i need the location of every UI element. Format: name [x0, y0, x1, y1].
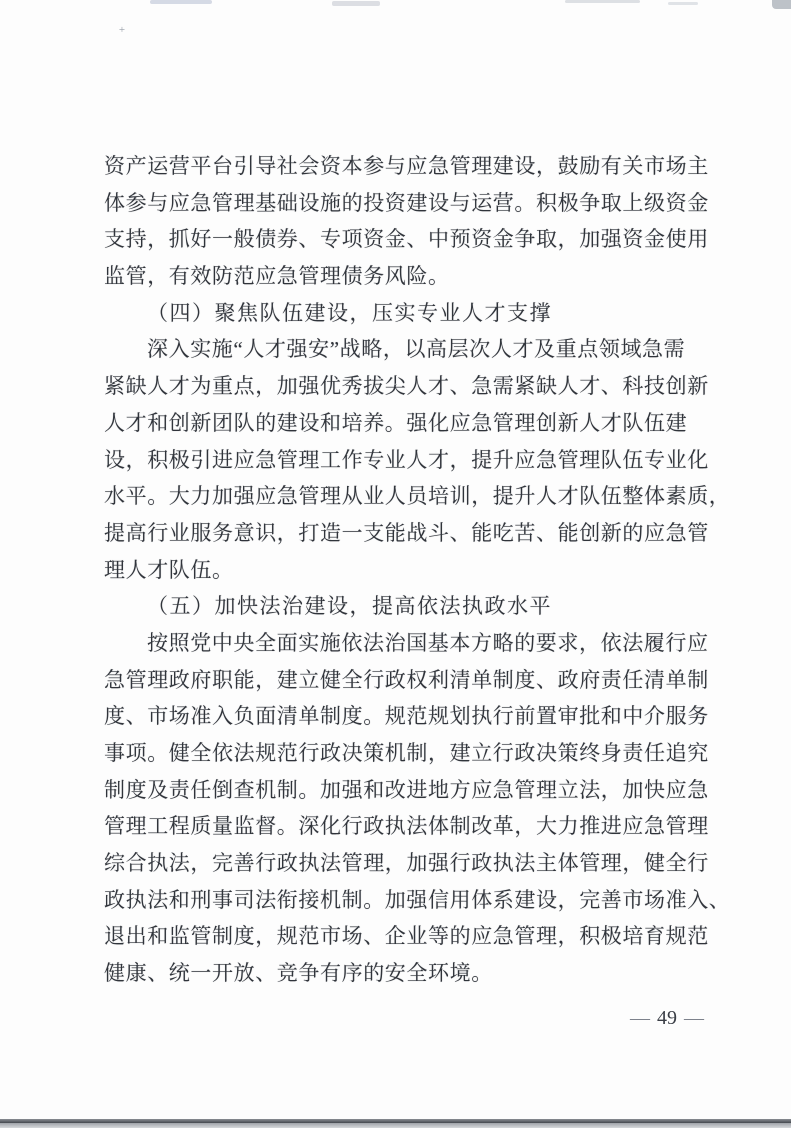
scan-bottom-edge-shadow	[0, 1123, 791, 1128]
body-text-line: 理人才队伍。	[104, 552, 716, 589]
body-text-line: 支持，抓好一般债券、专项资金、中预资金争取，加强资金使用	[104, 221, 716, 258]
scan-artifact-top-smudge	[565, 0, 640, 3]
body-text-line: 深入实施“人才强安”战略，以高层次人才及重点领域急需	[104, 331, 716, 368]
body-text-line: 度、市场准入负面清单制度。规范规划执行前置审批和中介服务	[104, 698, 716, 735]
body-text-line: 健康、统一开放、竞争有序的安全环境。	[104, 955, 716, 992]
body-text-line: 设，积极引进应急管理工作专业人才，提升应急管理队伍专业化	[104, 442, 716, 479]
scan-artifact-top-smudge	[332, 1, 380, 6]
scan-artifact-top-smudge	[150, 0, 212, 4]
body-text-line: 事项。健全依法规范行政决策机制，建立行政决策终身责任追究	[104, 735, 716, 772]
body-text-line: 紧缺人才为重点，加强优秀拔尖人才、急需紧缺人才、科技创新	[104, 368, 716, 405]
footer-page-number: 49	[657, 1007, 677, 1029]
body-text-line: 监管，有效防范应急管理债务风险。	[104, 258, 716, 295]
body-text-line: 人才和创新团队的建设和培养。强化应急管理创新人才队伍建	[104, 405, 716, 442]
scan-artifact-top-smudge	[668, 2, 698, 5]
scan-artifact-corner-blot	[772, 0, 791, 9]
body-text-line: 制度及责任倒查机制。加强和改进地方应急管理立法，加快应急	[104, 772, 716, 809]
document-text-block: 资产运营平台引导社会资本参与应急管理建设，鼓励有关市场主 体参与应急管理基础设施…	[104, 148, 716, 992]
body-text-line: 综合执法，完善行政执法管理，加强行政执法主体管理，健全行	[104, 845, 716, 882]
body-text-line: 体参与应急管理基础设施的投资建设与运营。积极争取上级资金	[104, 185, 716, 222]
body-text-line: 水平。大力加强应急管理从业人员培训，提升人才队伍整体素质，	[104, 478, 716, 515]
body-text-line: 急管理政府职能，建立健全行政权利清单制度、政府责任清单制	[104, 662, 716, 699]
section-heading-4: （四）聚焦队伍建设，压实专业人才支撑	[104, 295, 716, 332]
scanned-document-page: + 资产运营平台引导社会资本参与应急管理建设，鼓励有关市场主 体参与应急管理基础…	[0, 0, 791, 1128]
footer-dash-left: —	[623, 1007, 657, 1029]
body-text-line: 管理工程质量监督。深化行政执法体制改革，大力推进应急管理	[104, 808, 716, 845]
body-text-line: 提高行业服务意识，打造一支能战斗、能吃苦、能创新的应急管	[104, 515, 716, 552]
body-text-line: 退出和监管制度，规范市场、企业等的应急管理，积极培育规范	[104, 918, 716, 955]
page-number-footer: —49—	[592, 1004, 742, 1032]
body-text-line: 按照党中央全面实施依法治国基本方略的要求，依法履行应	[104, 625, 716, 662]
body-text-line: 政执法和刑事司法衔接机制。加强信用体系建设，完善市场准入、	[104, 882, 716, 919]
scan-artifact-speck: +	[116, 24, 128, 36]
section-heading-5: （五）加快法治建设，提高依法执政水平	[104, 588, 716, 625]
body-text-line: 资产运营平台引导社会资本参与应急管理建设，鼓励有关市场主	[104, 148, 716, 185]
footer-dash-right: —	[677, 1007, 711, 1029]
